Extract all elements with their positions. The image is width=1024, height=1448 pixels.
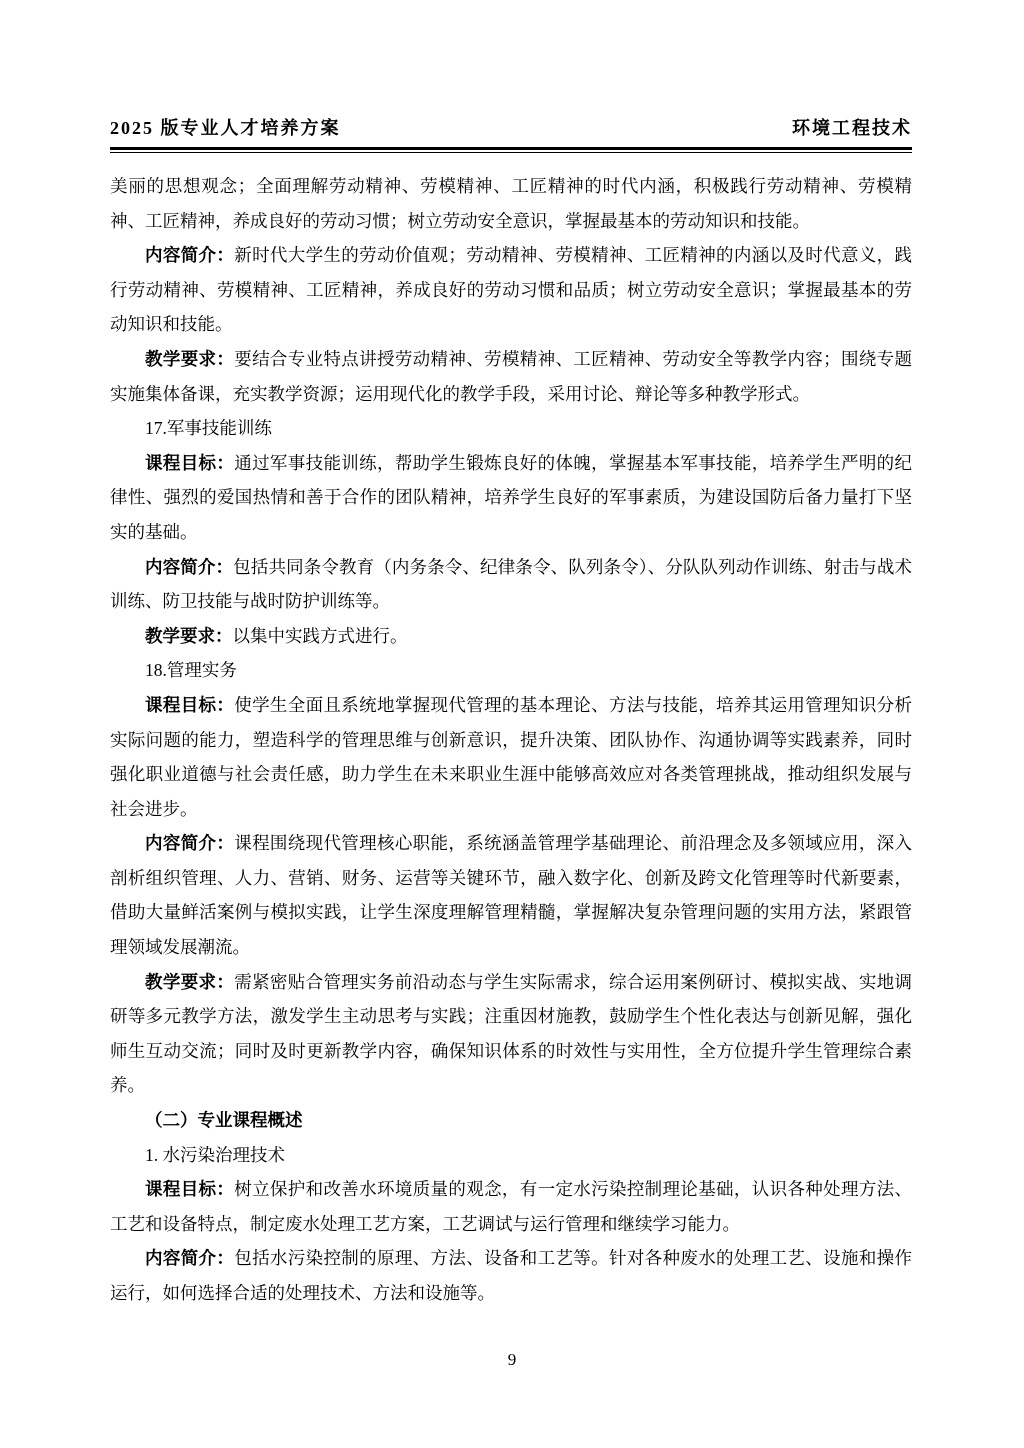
header-row: 2025 版专业人才培养方案 环境工程技术 — [110, 117, 912, 140]
paragraph-label: 课程目标： — [145, 453, 234, 473]
page-number: 9 — [508, 1350, 517, 1369]
document-body: 美丽的思想观念；全面理解劳动精神、劳模精神、工匠精神的时代内涵，积极践行劳动精神… — [110, 169, 912, 1311]
paragraph-2: 内容简介：新时代大学生的劳动价值观；劳动精神、劳模精神、工匠精神的内涵以及时代意… — [110, 238, 912, 342]
paragraph-6: 内容简介：包括共同条令教育（内务条令、纪律条令、队列条令）、分队队列动作训练、射… — [110, 550, 912, 619]
paragraph-5: 课程目标：通过军事技能训练，帮助学生锻炼良好的体魄，掌握基本军事技能，培养学生严… — [110, 446, 912, 550]
paragraph-label: 课程目标： — [145, 695, 234, 715]
paragraph-13: 1. 水污染治理技术 — [110, 1138, 912, 1173]
paragraph-1: 美丽的思想观念；全面理解劳动精神、劳模精神、工匠精神的时代内涵，积极践行劳动精神… — [110, 169, 912, 238]
paragraph-11: 教学要求：需紧密贴合管理实务前沿动态与学生实际需求，综合运用案例研讨、模拟实战、… — [110, 965, 912, 1103]
paragraph-12: （二）专业课程概述 — [110, 1103, 912, 1138]
paragraph-label: 教学要求： — [145, 972, 234, 992]
paragraph-label: 内容简介： — [145, 833, 234, 853]
header-left-title: 2025 版专业人才培养方案 — [110, 117, 341, 140]
header-rule-thick — [110, 147, 912, 150]
paragraph-14: 课程目标：树立保护和改善水环境质量的观念，有一定水污染控制理论基础，认识各种处理… — [110, 1172, 912, 1241]
paragraph-8: 18.管理实务 — [110, 653, 912, 688]
paragraph-15: 内容简介：包括水污染控制的原理、方法、设备和工艺等。针对各种废水的处理工艺、设施… — [110, 1241, 912, 1310]
page-footer: 9 — [0, 1350, 1024, 1370]
paragraph-10: 内容简介：课程围绕现代管理核心职能，系统涵盖管理学基础理论、前沿理念及多领域应用… — [110, 826, 912, 964]
paragraph-4: 17.军事技能训练 — [110, 411, 912, 446]
paragraph-label: 课程目标： — [145, 1179, 234, 1199]
paragraph-label: 教学要求： — [145, 626, 233, 646]
document-page: 2025 版专业人才培养方案 环境工程技术 美丽的思想观念；全面理解劳动精神、劳… — [0, 0, 1024, 1448]
header-rule-thin — [110, 152, 912, 153]
paragraph-9: 课程目标：使学生全面且系统地掌握现代管理的基本理论、方法与技能，培养其运用管理知… — [110, 688, 912, 826]
paragraph-label: 内容简介： — [145, 245, 234, 265]
header-right-title: 环境工程技术 — [792, 117, 912, 140]
page-header: 2025 版专业人才培养方案 环境工程技术 — [110, 0, 912, 153]
paragraph-label: 内容简介： — [145, 1248, 234, 1268]
paragraph-label: 内容简介： — [145, 557, 233, 577]
paragraph-label: 教学要求： — [145, 349, 234, 369]
paragraph-7: 教学要求：以集中实践方式进行。 — [110, 619, 912, 654]
paragraph-3: 教学要求：要结合专业特点讲授劳动精神、劳模精神、工匠精神、劳动安全等教学内容；围… — [110, 342, 912, 411]
